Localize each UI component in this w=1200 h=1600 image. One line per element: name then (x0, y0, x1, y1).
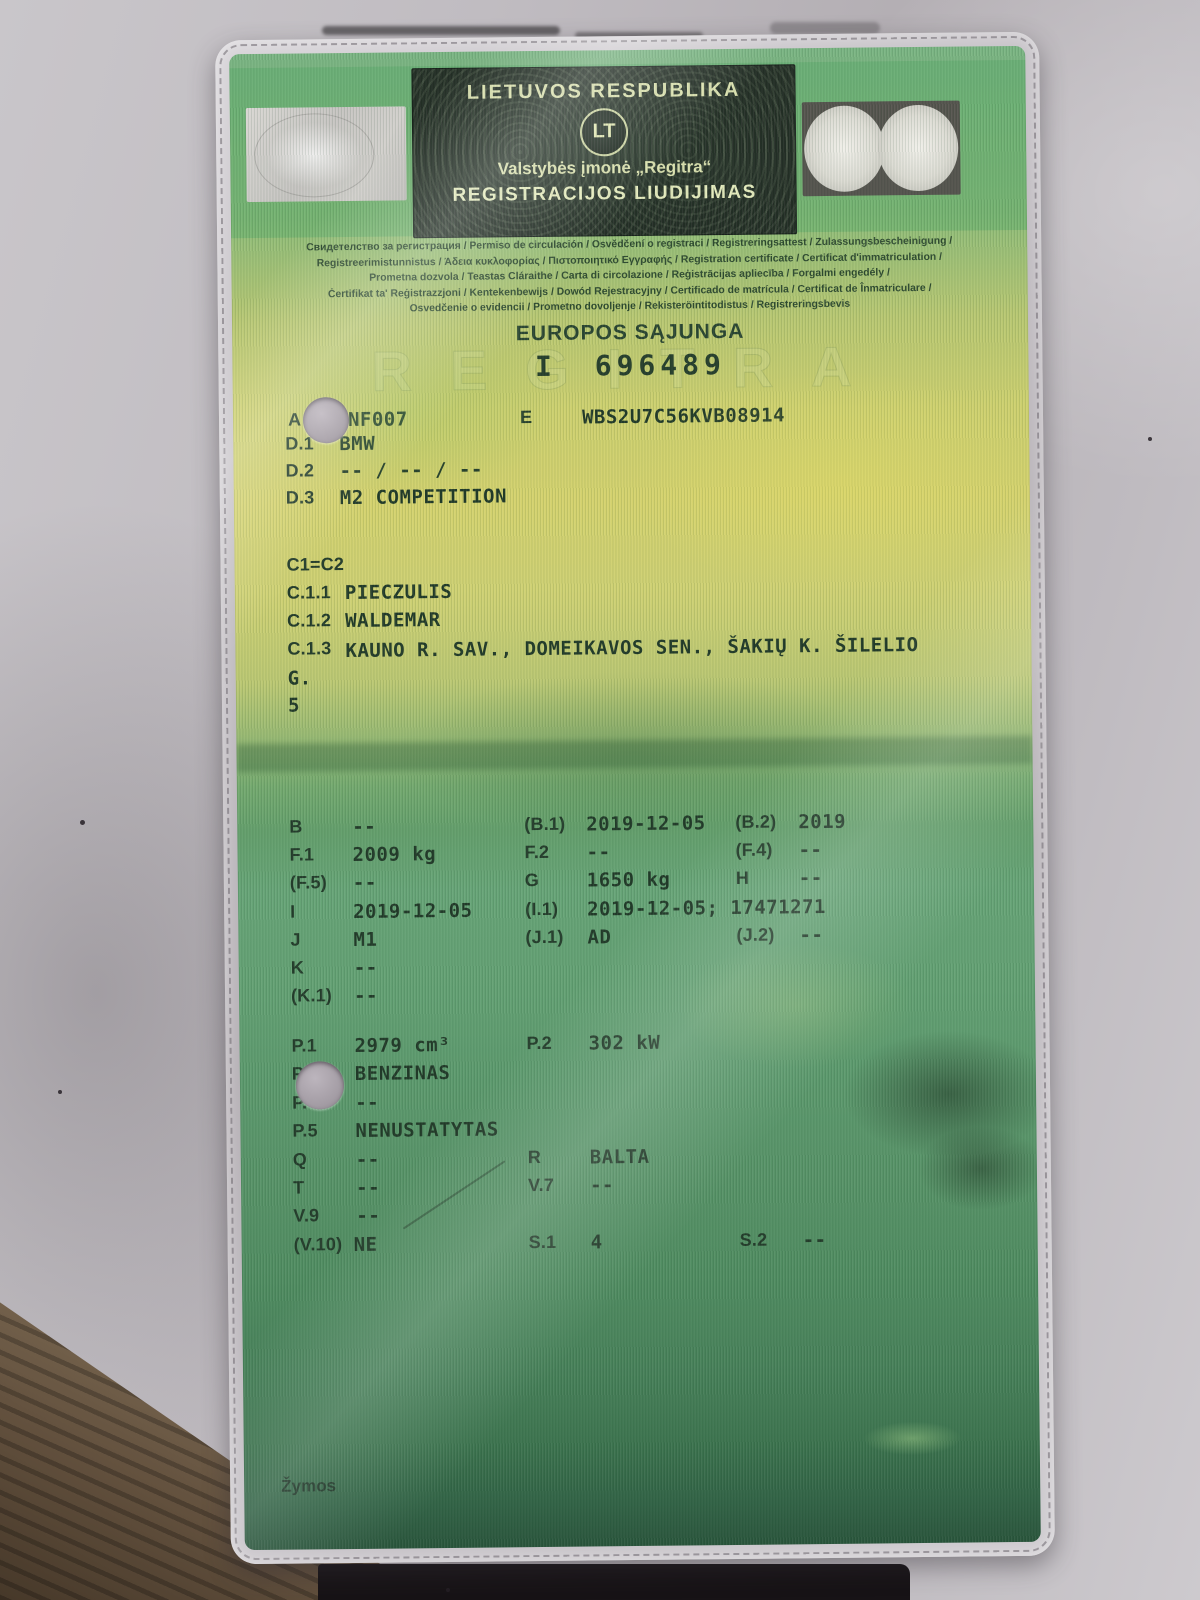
registration-certificate: LIETUVOS RESPUBLIKA LT Valstybės įmonė „… (229, 46, 1041, 1550)
field-value: WBS2U7C56KVB08914 (582, 404, 785, 428)
hole-punch (296, 1061, 345, 1110)
field-label: (B.2) (735, 812, 776, 833)
plastic-sleeve: LIETUVOS RESPUBLIKA LT Valstybės įmonė „… (215, 32, 1055, 1565)
field-value: PIECZULIS (345, 581, 453, 604)
dirt-smudge (770, 22, 880, 34)
field-label: G (525, 870, 539, 891)
field-value: 2979 cm³ (354, 1034, 450, 1057)
field-value: -- (586, 841, 610, 863)
field-value: -- (354, 985, 378, 1007)
field-label: C1=C2 (286, 554, 344, 576)
field-label: B (289, 816, 302, 837)
dirt-speck (1148, 437, 1152, 441)
dirt-speck (58, 1090, 62, 1094)
field-value: -- (356, 1177, 380, 1199)
field-value: WALDEMAR (345, 609, 441, 632)
field-label: (J.2) (736, 925, 774, 946)
dirt-speck (446, 1588, 450, 1592)
floor-shadow (318, 1564, 910, 1600)
field-value: -- (590, 1174, 614, 1196)
field-label: F.1 (289, 844, 314, 865)
field-label: I (290, 902, 295, 923)
field-label: (J.1) (525, 927, 563, 948)
field-value: BALTA (590, 1146, 650, 1169)
field-label: P.5 (292, 1120, 318, 1141)
field-label: (F.4) (735, 840, 772, 861)
dirt-speck (80, 820, 85, 825)
field-label: E (520, 407, 532, 428)
field-label: P.2 (526, 1033, 552, 1054)
field-value: -- (354, 957, 378, 979)
fields-area: A NF007 E WBS2U7C56KVB08914 D.1 BMW D.2 … (229, 46, 1041, 1550)
field-label: (V.10) (294, 1234, 343, 1256)
field-value: 302 kW (588, 1032, 660, 1055)
field-value: M2 COMPETITION (340, 485, 507, 509)
field-label: S.2 (740, 1230, 768, 1251)
field-value: -- / -- / -- (339, 459, 483, 482)
field-value: 2019 (798, 811, 846, 833)
field-label: (F.5) (290, 872, 327, 893)
field-label: A (288, 409, 301, 430)
field-value: -- (356, 1205, 380, 1227)
field-value: -- (803, 1229, 827, 1251)
field-label: (I.1) (525, 899, 558, 920)
field-value: -- (799, 867, 823, 889)
field-label: J (290, 930, 300, 951)
field-value: 2019-12-05 (586, 812, 706, 835)
field-value: BMW (339, 433, 375, 455)
field-label: T (293, 1177, 304, 1198)
field-value: -- (798, 839, 822, 861)
field-label: Q (293, 1149, 307, 1170)
field-label: D.2 (285, 460, 314, 481)
field-label: F.2 (524, 842, 549, 863)
field-label: V.9 (293, 1205, 319, 1226)
field-label: C.1.2 (287, 610, 331, 631)
field-value: -- (352, 816, 376, 838)
field-label: K (291, 957, 304, 978)
field-value: KAUNO R. SAV., DOMEIKAVOS SEN., ŠAKIŲ K.… (287, 632, 954, 720)
field-value: 1650 kg (587, 869, 671, 892)
field-value: -- (799, 924, 823, 946)
field-value: -- (355, 1092, 379, 1114)
field-value: 4 (591, 1231, 603, 1253)
dirt-smudge (322, 26, 560, 35)
field-label: V.7 (528, 1175, 554, 1196)
field-value: -- (356, 1149, 380, 1171)
field-value: 2009 kg (352, 843, 436, 866)
field-value: M1 (353, 929, 377, 951)
field-value: NENUSTATYTAS (355, 1118, 499, 1141)
field-value: 2019-12-05 (353, 900, 473, 923)
field-value: NE (354, 1234, 378, 1256)
field-label: (K.1) (291, 985, 332, 1006)
field-label: S.1 (529, 1232, 557, 1253)
field-value: -- (353, 872, 377, 894)
zymos-label: Žymos (281, 1476, 336, 1497)
hole-punch (303, 397, 349, 443)
field-label: H (736, 868, 749, 889)
field-label: P.1 (291, 1035, 317, 1056)
field-value: AD (587, 926, 611, 948)
field-label: D.3 (286, 487, 315, 508)
field-label: (B.1) (524, 814, 565, 835)
field-label: R (528, 1147, 541, 1168)
field-value: 2019-12-05; 17471271 (587, 896, 826, 920)
field-label: C.1.1 (287, 582, 331, 603)
field-value: NF007 (348, 408, 408, 431)
field-value: BENZINAS (355, 1062, 451, 1085)
